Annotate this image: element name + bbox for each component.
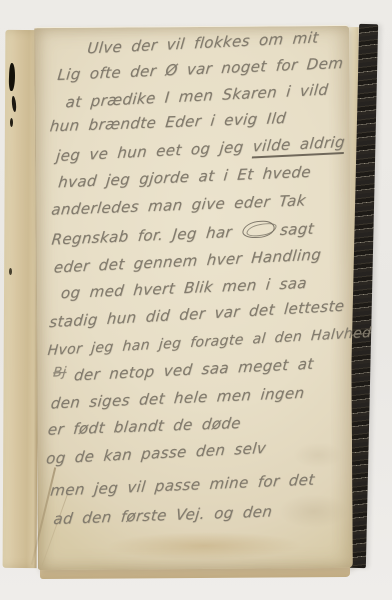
line-text: Lig ofte der Ø var noget for Dem <box>57 54 345 84</box>
handwritten-line-6: hvad jeg gjorde at i Et hvede <box>57 163 312 192</box>
line-text: den siges det hele men ingen <box>50 384 305 413</box>
handwritten-line-2: Lig ofte der Ø var noget for Dem <box>57 54 345 84</box>
stain <box>107 531 302 560</box>
handwritten-line-8: Regnskab for. Jeg harsagt <box>51 219 315 249</box>
line-text: eder det gennem hver Handling <box>53 245 322 276</box>
line-text: sagt <box>279 220 315 240</box>
handwritten-line-5: jeg ve hun eet og jeg vilde aldrig <box>55 133 346 165</box>
line-text: hvad jeg gjorde at i Et hvede <box>57 163 312 192</box>
line-text: Hvor jeg han jeg foragte al den Halvhed <box>47 325 372 359</box>
handwritten-line-13: Bjder netop ved saa meget at <box>52 355 315 388</box>
line-text: anderledes man give eder Tak <box>51 191 307 218</box>
handwritten-line-12: Hvor jeg han jeg foragte al den Halvhed <box>47 324 372 360</box>
notebook-page: Ulve der vil flokkes om mit Lig ofte der… <box>34 25 353 570</box>
pencil-underlined-words: vilde aldrig <box>252 133 346 159</box>
line-text: hun brændte Eder i evig Ild <box>49 109 287 135</box>
handwritten-line-4: hun brændte Eder i evig Ild <box>49 109 287 135</box>
struck-word: Bj <box>52 365 67 381</box>
handwritten-line-14: den siges det hele men ingen <box>50 384 305 413</box>
stain <box>293 442 343 468</box>
line-text: men jeg vil passe mine for det <box>50 470 316 499</box>
line-text: og med hvert Blik men i saa <box>60 274 308 302</box>
handwritten-line-11: stadig hun did der var det letteste <box>49 297 346 332</box>
line-text: at prædike I men Skaren i vild <box>65 80 329 111</box>
binding-tear-mark <box>9 268 12 275</box>
stain <box>278 494 348 528</box>
handwritten-line-15: er født blandt de døde <box>47 414 242 439</box>
handwritten-line-18: ad den første Vej. og den <box>53 502 274 528</box>
handwritten-line-9: eder det gennem hver Handling <box>53 245 322 276</box>
binding-tear-mark <box>10 118 13 127</box>
handwritten-line-17: men jeg vil passe mine for det <box>50 470 316 499</box>
line-text: er født blandt de døde <box>47 414 242 439</box>
line-text: jeg ve hun eet og jeg <box>55 138 244 165</box>
line-text: Regnskab for. Jeg har <box>51 223 233 249</box>
handwritten-line-16: og de kan passe den selv <box>45 439 267 468</box>
handwritten-line-3: at prædike I men Skaren i vild <box>65 80 329 111</box>
line-text: Ulve der vil flokkes om mit <box>87 28 320 57</box>
line-text: der netop ved saa meget at <box>73 355 314 385</box>
line-text: og de kan passe den selv <box>45 439 267 468</box>
line-text: ad den første Vej. og den <box>53 502 274 528</box>
photo-of-notebook: Ulve der vil flokkes om mit Lig ofte der… <box>0 0 392 600</box>
handwritten-line-1: Ulve der vil flokkes om mit <box>87 28 320 57</box>
scribbled-out-word <box>241 220 275 238</box>
line-text: stadig hun did der var det letteste <box>49 297 346 332</box>
handwritten-line-7: anderledes man give eder Tak <box>51 191 307 218</box>
handwritten-line-10: og med hvert Blik men i saa <box>60 274 308 302</box>
